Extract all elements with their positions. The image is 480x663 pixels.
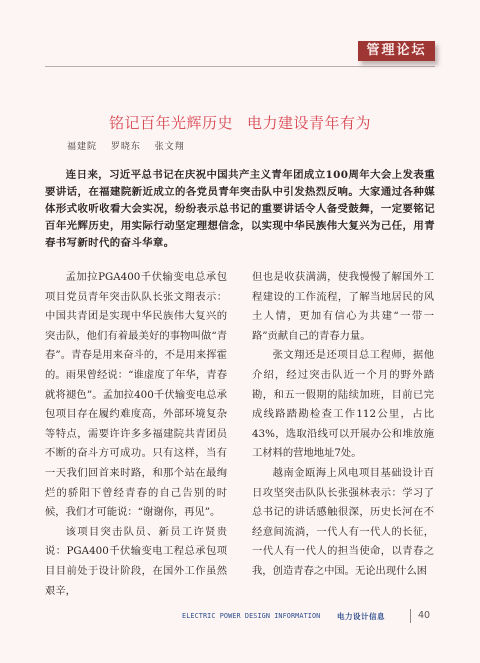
article-title-part1: 铭记百年光辉历史 (109, 114, 233, 132)
paragraph: 孟加拉PGA400千伏输变电总承包项目党员青年突击队队长张文翔表示：中国共青团是… (45, 268, 227, 523)
journal-name-cn: 电力设计信息 (337, 611, 385, 622)
section-badge: 管理论坛 (358, 41, 435, 61)
right-column: 但也是收获满满，使我慢慢了解国外工程建设的工作流程，了解当地居民的风土人情，更加… (252, 268, 434, 582)
author: 罗晓东 (111, 142, 141, 152)
lead-paragraph: 连日来，习近平总书记在庆祝中国共产主义青年团成立100周年大会上发表重要讲话，在… (45, 167, 435, 252)
left-column: 孟加拉PGA400千伏输变电总承包项目党员青年突击队队长张文翔表示：中国共青团是… (45, 268, 227, 601)
article-title: 铭记百年光辉历史电力建设青年有为 (0, 112, 480, 133)
journal-name-en: ELECTRIC POWER DESIGN INFORMATION (182, 612, 320, 620)
paragraph: 越南金瓯海上风电项目基础设计百日攻坚突击队队长张强林表示：学习了总书记的讲话感触… (252, 464, 434, 582)
paragraph: 但也是收获满满，使我慢慢了解国外工程建设的工作流程，了解当地居民的风土人情，更加… (252, 268, 434, 346)
footer: ELECTRIC POWER DESIGN INFORMATION 电力设计信息… (0, 609, 480, 627)
authors: 福建院 罗晓东 张文翔 (67, 139, 195, 152)
paragraph: 张文翔还是还项目总工程师，据他介绍，经过突击队近一个月的野外踏勘，和五一假期的陆… (252, 346, 434, 464)
author: 福建院 (67, 142, 97, 152)
paragraph: 该项目突击队员、新员工许贤贵说：PGA400千伏输变电工程总承包项目目前处于设计… (45, 523, 227, 601)
header-rule (45, 66, 435, 67)
author: 张文翔 (155, 142, 185, 152)
page-number: 40 (418, 610, 430, 621)
article-title-part2: 电力建设青年有为 (247, 114, 371, 132)
footer-divider (410, 609, 411, 623)
